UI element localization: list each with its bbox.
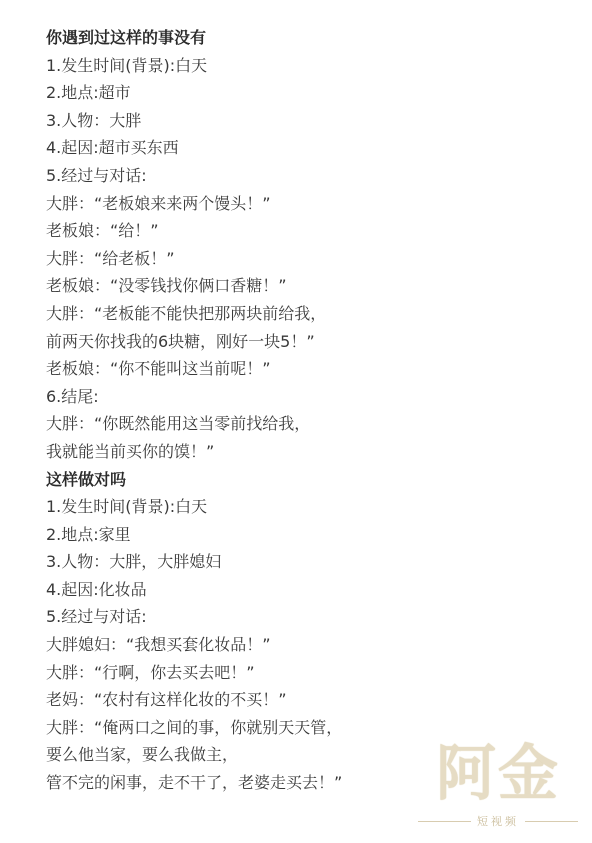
text-line: 2.地点:超市 [46, 79, 566, 107]
watermark-subtitle: 短视频 [471, 813, 525, 829]
text-line: 1.发生时间(背景):白天 [46, 52, 566, 80]
watermark-title: 阿金 [418, 742, 578, 806]
text-line: 4.起因:化妆品 [46, 576, 566, 604]
dialogue-line: 大胖：“行啊，你去买去吧！” [46, 659, 566, 687]
text-line: 5.经过与对话: [46, 162, 566, 190]
article-body: 你遇到过这样的事没有 1.发生时间(背景):白天 2.地点:超市 3.人物：大胖… [46, 24, 566, 797]
text-line: 2.地点:家里 [46, 521, 566, 549]
divider-line [525, 821, 578, 822]
dialogue-line: 大胖：“你既然能用这当零前找给我， [46, 410, 566, 438]
text-line: 6.结尾: [46, 383, 566, 411]
dialogue-line: 老板娘：“给！” [46, 217, 566, 245]
text-line: 4.起因:超市买东西 [46, 134, 566, 162]
dialogue-line: 大胖：“给老板！” [46, 245, 566, 273]
watermark-subtitle-row: 短视频 [418, 812, 578, 830]
divider-line [418, 821, 471, 822]
dialogue-line: 我就能当前买你的馍！” [46, 438, 566, 466]
dialogue-line: 大胖媳妇：“我想买套化妆品！” [46, 631, 566, 659]
dialogue-line: 大胖：“俺两口之间的事，你就别天天管， [46, 714, 566, 742]
section-heading-2: 这样做对吗 [46, 466, 566, 494]
text-line: 3.人物：大胖 [46, 107, 566, 135]
dialogue-line: 大胖：“老板能不能快把那两块前给我， [46, 300, 566, 328]
dialogue-line: 老板娘：“你不能叫这当前呢！” [46, 355, 566, 383]
dialogue-line: 大胖：“老板娘来来两个馒头！” [46, 190, 566, 218]
dialogue-line: 老妈：“农村有这样化妆的不买！” [46, 686, 566, 714]
section-heading-1: 你遇到过这样的事没有 [46, 24, 566, 52]
text-line: 3.人物：大胖，大胖媳妇 [46, 548, 566, 576]
dialogue-line: 前两天你找我的6块糖，刚好一块5！” [46, 328, 566, 356]
text-line: 1.发生时间(背景):白天 [46, 493, 566, 521]
dialogue-line: 老板娘：“没零钱找你俩口香糖！” [46, 272, 566, 300]
watermark-logo: 阿金 短视频 [418, 742, 578, 834]
text-line: 5.经过与对话: [46, 603, 566, 631]
